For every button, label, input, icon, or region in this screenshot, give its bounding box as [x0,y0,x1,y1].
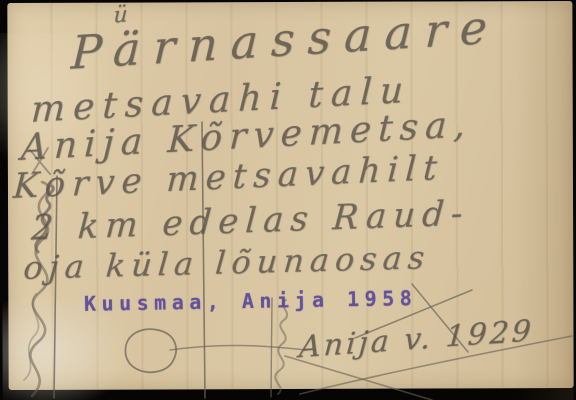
scanned-archive-card: { "card": { "handwriting": { "superscrip… [0,0,576,400]
